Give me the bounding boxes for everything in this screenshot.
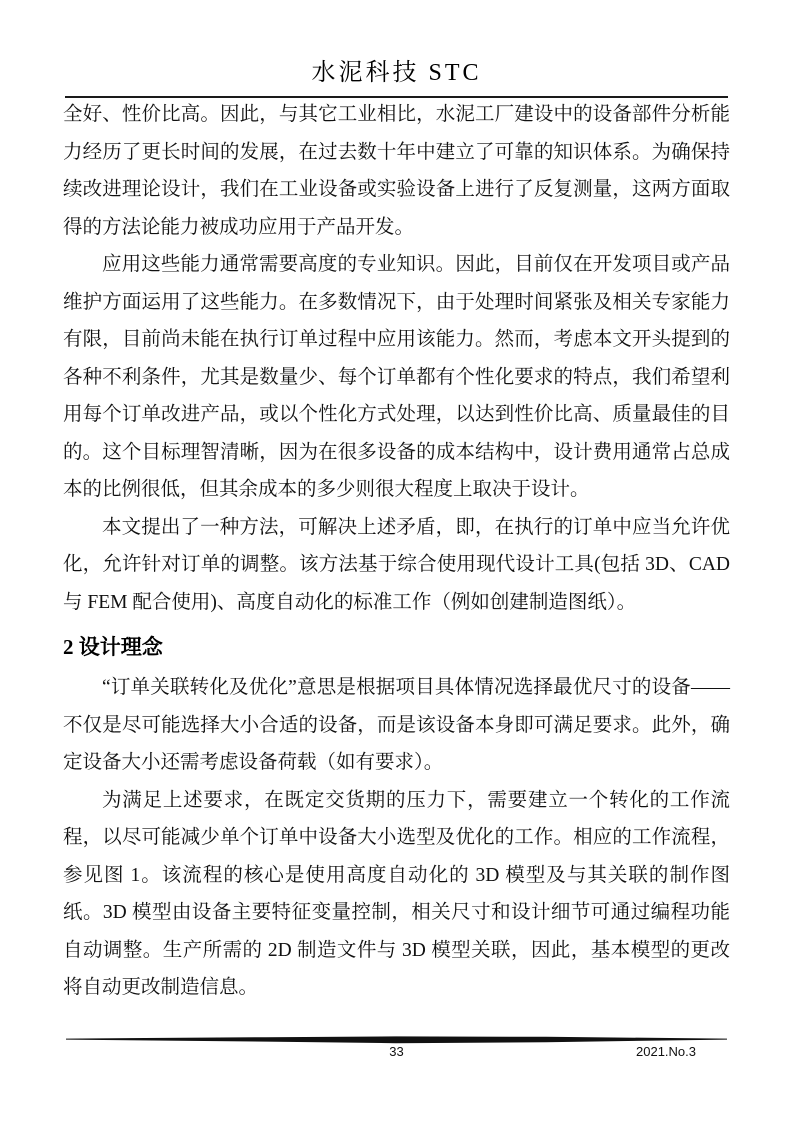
footer-text-row: 33 2021.No.3 — [66, 1044, 727, 1062]
page-body: 全好、性价比高。因此，与其它工业相比，水泥工厂建设中的设备部件分析能力经历了更长… — [63, 96, 730, 1007]
body-paragraph: 应用这些能力通常需要高度的专业知识。因此，目前仅在开发项目或产品维护方面运用了这… — [63, 246, 730, 509]
body-paragraph: 本文提出了一种方法，可解决上述矛盾，即，在执行的订单中应当允许优化，允许针对订单… — [63, 509, 730, 622]
page-footer: 33 2021.No.3 — [66, 1036, 727, 1062]
body-paragraph: “订单关联转化及优化”意思是根据项目具体情况选择最优尺寸的设备——不仅是尽可能选… — [63, 669, 730, 782]
page-number: 33 — [66, 1044, 727, 1059]
document-page: 水泥科技 STC 全好、性价比高。因此，与其它工业相比，水泥工厂建设中的设备部件… — [0, 0, 793, 1122]
body-paragraph: 全好、性价比高。因此，与其它工业相比，水泥工厂建设中的设备部件分析能力经历了更长… — [63, 96, 730, 246]
page-header: 水泥科技 STC — [63, 0, 730, 98]
body-paragraph: 为满足上述要求，在既定交货期的压力下，需要建立一个转化的工作流程，以尽可能减少单… — [63, 782, 730, 1007]
issue-number: 2021.No.3 — [636, 1044, 696, 1059]
section-heading: 2 设计理念 — [63, 631, 730, 663]
journal-title: 水泥科技 STC — [63, 0, 730, 87]
footer-rule — [66, 1036, 727, 1044]
